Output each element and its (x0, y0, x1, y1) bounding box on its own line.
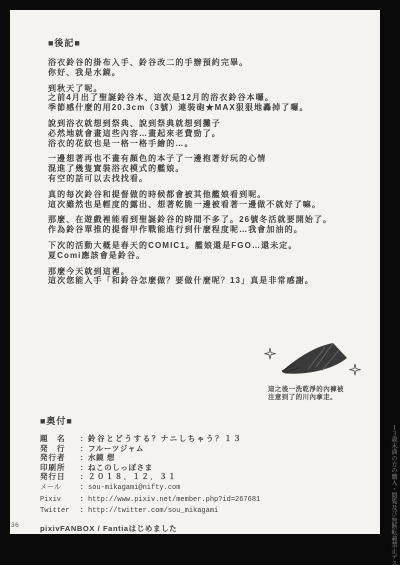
row-value: ２０１８．１２．３１ (88, 472, 177, 481)
row-colon: ： (80, 434, 88, 444)
afterword-paragraph: 下次的活動大概是春天的COMIC1。艦娘還是FGO…還未定。 夏Comi應該會是… (48, 241, 356, 261)
afterword-line: 有空的話可以去找找看。 (48, 174, 356, 184)
afterword-line: 季節感什麼的用20.3cm（3號）連裝砲★MAX狠狠地轟掉了囉。 (48, 103, 356, 113)
afterword-line: 你好、我是水鏡。 (48, 68, 356, 78)
doujin-scan-page: ■後記■ 浴衣鈴谷的掛布入手、鈴谷改二的手辦預約完畢。 你好、我是水鏡。 到秋天… (10, 10, 380, 534)
age-disclaimer-vertical: １３歳未満の方の購入・閲覧及び無断転載禁止デス (389, 424, 398, 565)
row-value: フルーツジャム (88, 444, 144, 453)
row-colon: ： (80, 453, 88, 463)
row-colon: ： (80, 494, 88, 504)
afterword-line: 那麼今天就到這裡。 (48, 267, 356, 277)
colophon-row-circle: 発 行：フルーツジャム (40, 444, 362, 454)
colophon-section: ■奥付■ 題 名：鈴谷とどうする？ナニしちゃう？１３ 発 行：フルーツジャム 発… (40, 414, 362, 534)
afterword-line: 那麼、在遊戲裡能看到聖誕鈴谷的時間不多了。26號冬活就要開始了。 (48, 215, 356, 225)
colophon-row-title: 題 名：鈴谷とどうする？ナニしちゃう？１３ (40, 434, 362, 444)
row-label: メール (40, 484, 80, 494)
row-label: 題 名 (40, 434, 80, 444)
afterword-paragraph: 到秋天了呢。 之前4月出了聖誕鈴谷本、這次是12月的浴衣鈴谷本囉。 季節感什麼的… (48, 84, 356, 113)
sketch-illustration (254, 334, 370, 384)
illustration-block: 這之後一洗乾淨的內褲被 注意到了的川內拿走。 (254, 334, 374, 403)
afterword-line: 作為鈴谷單推的提督甲作戰能進行到什麼程度呢…我會加油的。 (48, 225, 356, 235)
row-value-twitter-url: http://twitter.com/sou_mikagami (88, 507, 218, 515)
afterword-line: 夏Comi應該會是鈴谷。 (48, 251, 356, 261)
colophon-heading: ■奥付■ (40, 414, 362, 427)
row-label: Pixiv (40, 496, 80, 506)
afterword-paragraph: 浴衣鈴谷的掛布入手、鈴谷改二的手辦預約完畢。 你好、我是水鏡。 (48, 58, 356, 78)
fanbox-note: pixivFANBOX / Fantiaはじめました (40, 523, 362, 534)
sparkle-icon (264, 348, 275, 359)
row-colon: ： (80, 472, 88, 482)
afterword-line: 到秋天了呢。 (48, 84, 356, 94)
row-label: 発行日 (40, 472, 80, 482)
afterword-line: 必然地就會畫這些內容…畫起來老費勁了。 (48, 129, 356, 139)
colophon-row-author: 発行者：水鏡 想 (40, 453, 362, 463)
colophon-row-twitter: Twitter：http://twitter.com/sou_mikagami (40, 505, 362, 517)
colophon-row-email: メール：sou-mikagami@nifty.com (40, 482, 362, 494)
row-value: 水鏡 想 (88, 453, 115, 462)
afterword-paragraph: 說到浴衣就想到祭典、說到祭典就想到攤子 必然地就會畫這些內容…畫起來老費勁了。 … (48, 119, 356, 148)
row-label: 発 行 (40, 444, 80, 454)
afterword-line: 這次雖然也是輕度的露出、想著乾脆一邊被看著一邊做不就好了嘛。 (48, 200, 356, 210)
colophon-row-date: 発行日：２０１８．１２．３１ (40, 472, 362, 482)
afterword-line: 混進了幾隻實裝浴衣模式的艦娘。 (48, 164, 356, 174)
afterword-line: 之前4月出了聖誕鈴谷本、這次是12月的浴衣鈴谷本囉。 (48, 93, 356, 103)
afterword-line: 說到浴衣就想到祭典、說到祭典就想到攤子 (48, 119, 356, 129)
afterword-line: 浴衣鈴谷的掛布入手、鈴谷改二的手辦預約完畢。 (48, 58, 356, 68)
folded-cloth-sketch (282, 343, 347, 374)
page-number: 36 (11, 522, 19, 529)
illustration-caption: 這之後一洗乾淨的內褲被 注意到了的川內拿走。 (254, 386, 374, 403)
afterword-line: 真的每次鈴谷和提督做的時候都會被其他艦娘看到呢。 (48, 190, 356, 200)
colophon-row-printer: 印刷所：ねこのしっぽさま (40, 463, 362, 473)
row-value-email: sou-mikagami@nifty.com (88, 484, 180, 492)
colophon-row-pixiv: Pixiv ：http://www.pixiv.net/member.php?i… (40, 494, 362, 506)
afterword-heading: ■後記■ (48, 36, 356, 49)
row-label: 印刷所 (40, 463, 80, 473)
afterword-paragraph: 一邊想著再也不畫有顏色的本子了一邊抱著好玩的心情 混進了幾隻實裝浴衣模式的艦娘。… (48, 154, 356, 183)
row-label: Twitter (40, 507, 80, 517)
afterword-section: ■後記■ 浴衣鈴谷的掛布入手、鈴谷改二的手辦預約完畢。 你好、我是水鏡。 到秋天… (48, 36, 356, 286)
row-colon: ： (80, 505, 88, 515)
afterword-paragraph: 那麼、在遊戲裡能看到聖誕鈴谷的時間不多了。26號冬活就要開始了。 作為鈴谷單推的… (48, 215, 356, 235)
afterword-paragraph: 真的每次鈴谷和提督做的時候都會被其他艦娘看到呢。 這次雖然也是輕度的露出、想著乾… (48, 190, 356, 210)
afterword-line: 這次您能入手「和鈴谷怎麼做？要做什麼呢？13」真是非常感謝。 (48, 276, 356, 286)
afterword-line: 一邊想著再也不畫有顏色的本子了一邊抱著好玩的心情 (48, 154, 356, 164)
row-value: 鈴谷とどうする？ナニしちゃう？１３ (88, 434, 242, 443)
afterword-line: 浴衣的花紋也是一格一格手繪的…。 (48, 139, 356, 149)
afterword-paragraph: 那麼今天就到這裡。 這次您能入手「和鈴谷怎麼做？要做什麼呢？13」真是非常感謝。 (48, 267, 356, 287)
row-colon: ： (80, 463, 88, 473)
colophon-rows: 題 名：鈴谷とどうする？ナニしちゃう？１３ 発 行：フルーツジャム 発行者：水鏡… (40, 434, 362, 517)
afterword-line: 下次的活動大概是春天的COMIC1。艦娘還是FGO…還未定。 (48, 241, 356, 251)
sparkle-icon (349, 364, 360, 375)
row-value: ねこのしっぽさま (88, 463, 153, 472)
row-value-pixiv-url: http://www.pixiv.net/member.php?id=26768… (88, 496, 260, 504)
row-colon: ： (80, 482, 88, 492)
caption-line: 注意到了的川內拿走。 (268, 394, 374, 402)
row-label: 発行者 (40, 453, 80, 463)
row-colon: ： (80, 444, 88, 454)
